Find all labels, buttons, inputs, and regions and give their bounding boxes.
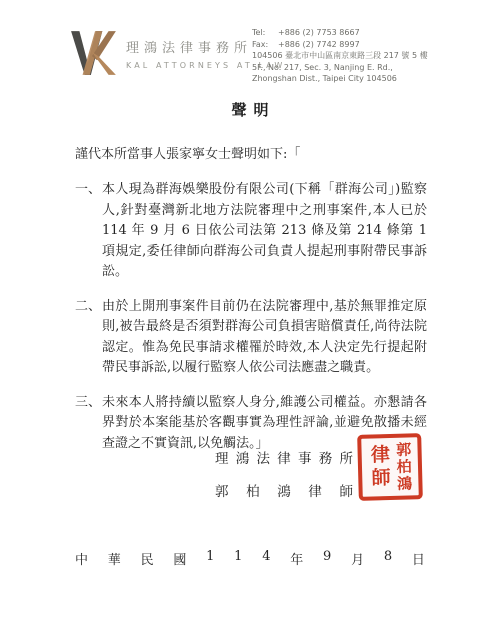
fax-value: +886 (2) 7742 8997 [278,39,360,51]
date-glyph: 1 [206,549,214,568]
paragraph-2-text: 由於上開刑事案件目前仍在法院審理中,基於無罪推定原則,被告最終是否須對群海公司負… [102,299,427,376]
sig-firm-glyph: 理 [215,447,229,467]
paragraph-1: 一、 本人現為群海娛樂股份有限公司(下稱「群海公司」)監察人,針對臺灣新北地方法… [75,180,427,283]
kal-monogram-logo-icon [70,28,118,78]
sig-firm-glyph: 事 [298,447,312,467]
sig-firm-glyph: 律 [277,447,291,467]
signature-block: 理 鴻 法 律 事 務 所 郭 柏 鴻 律 師 [215,447,353,500]
paragraph-2-number: 二、 [75,297,101,318]
paragraph-1-text: 本人現為群海娛樂股份有限公司(下稱「群海公司」)監察人,針對臺灣新北地方法院審理… [102,182,427,279]
sig-firm-glyph: 鴻 [236,447,250,467]
tel-row: Tel: +886 (2) 7753 8667 [252,27,428,39]
sig-firm-glyph: 務 [319,447,333,467]
date-glyph: 年 [290,549,303,568]
date-glyph: 月 [351,549,364,568]
signature-firm-name: 理 鴻 法 律 事 務 所 [215,447,353,467]
fax-row: Fax: +886 (2) 7742 8997 [252,39,428,51]
fax-label: Fax: [252,39,278,51]
date-glyph: 國 [173,549,186,568]
sig-firm-glyph: 法 [257,447,271,467]
statement-letter-page: 理鴻法律事務所 KAL ATTORNEYS AT LAW Tel: +886 (… [0,0,500,625]
sig-attorney-glyph: 鴻 [277,480,291,500]
date-glyph: 民 [141,549,154,568]
paragraph-1-number: 一、 [75,180,101,201]
tel-value: +886 (2) 7753 8667 [278,27,360,39]
address-chinese: 104506 臺北市中山區南京東路三段 217 號 5 樓 [252,50,428,62]
date-glyph: 9 [323,549,331,568]
attorney-seal-stamp: 郭柏鴻 律師 [357,433,423,501]
seal-left-column: 律師 [369,444,389,490]
statement-intro: 謹代本所當事人張家寧女士聲明如下:「 [75,143,427,162]
signature-attorney-name: 郭 柏 鴻 律 師 [215,480,353,500]
contact-info-block: Tel: +886 (2) 7753 8667 Fax: +886 (2) 77… [252,27,428,85]
seal-right-column: 郭柏鴻 [395,441,411,492]
date-glyph: 1 [234,549,242,568]
address-english-line2: Zhongshan Dist., Taipei City 104506 [252,73,428,85]
document-title: 聲明 [0,99,500,120]
date-glyph: 日 [412,549,425,568]
address-english-line1: 5F., No. 217, Sec. 3, Nanjing E. Rd., [252,62,428,74]
sig-attorney-glyph: 郭 [215,480,229,500]
paragraph-3-number: 三、 [75,393,101,414]
sig-firm-glyph: 所 [340,447,354,467]
statement-body: 一、 本人現為群海娛樂股份有限公司(下稱「群海公司」)監察人,針對臺灣新北地方法… [75,180,427,468]
sig-attorney-glyph: 柏 [246,480,260,500]
paragraph-2: 二、 由於上開刑事案件目前仍在法院審理中,基於無罪推定原則,被告最終是否須對群海… [75,297,427,379]
sig-attorney-glyph: 師 [340,480,354,500]
date-glyph: 中 [75,549,88,568]
tel-label: Tel: [252,27,278,39]
date-glyph: 8 [384,549,392,568]
sig-attorney-glyph: 律 [308,480,322,500]
date-glyph: 華 [108,549,121,568]
date-glyph: 4 [262,549,270,568]
roc-date-line: 中 華 民 國 1 1 4 年 9 月 8 日 [75,549,425,568]
